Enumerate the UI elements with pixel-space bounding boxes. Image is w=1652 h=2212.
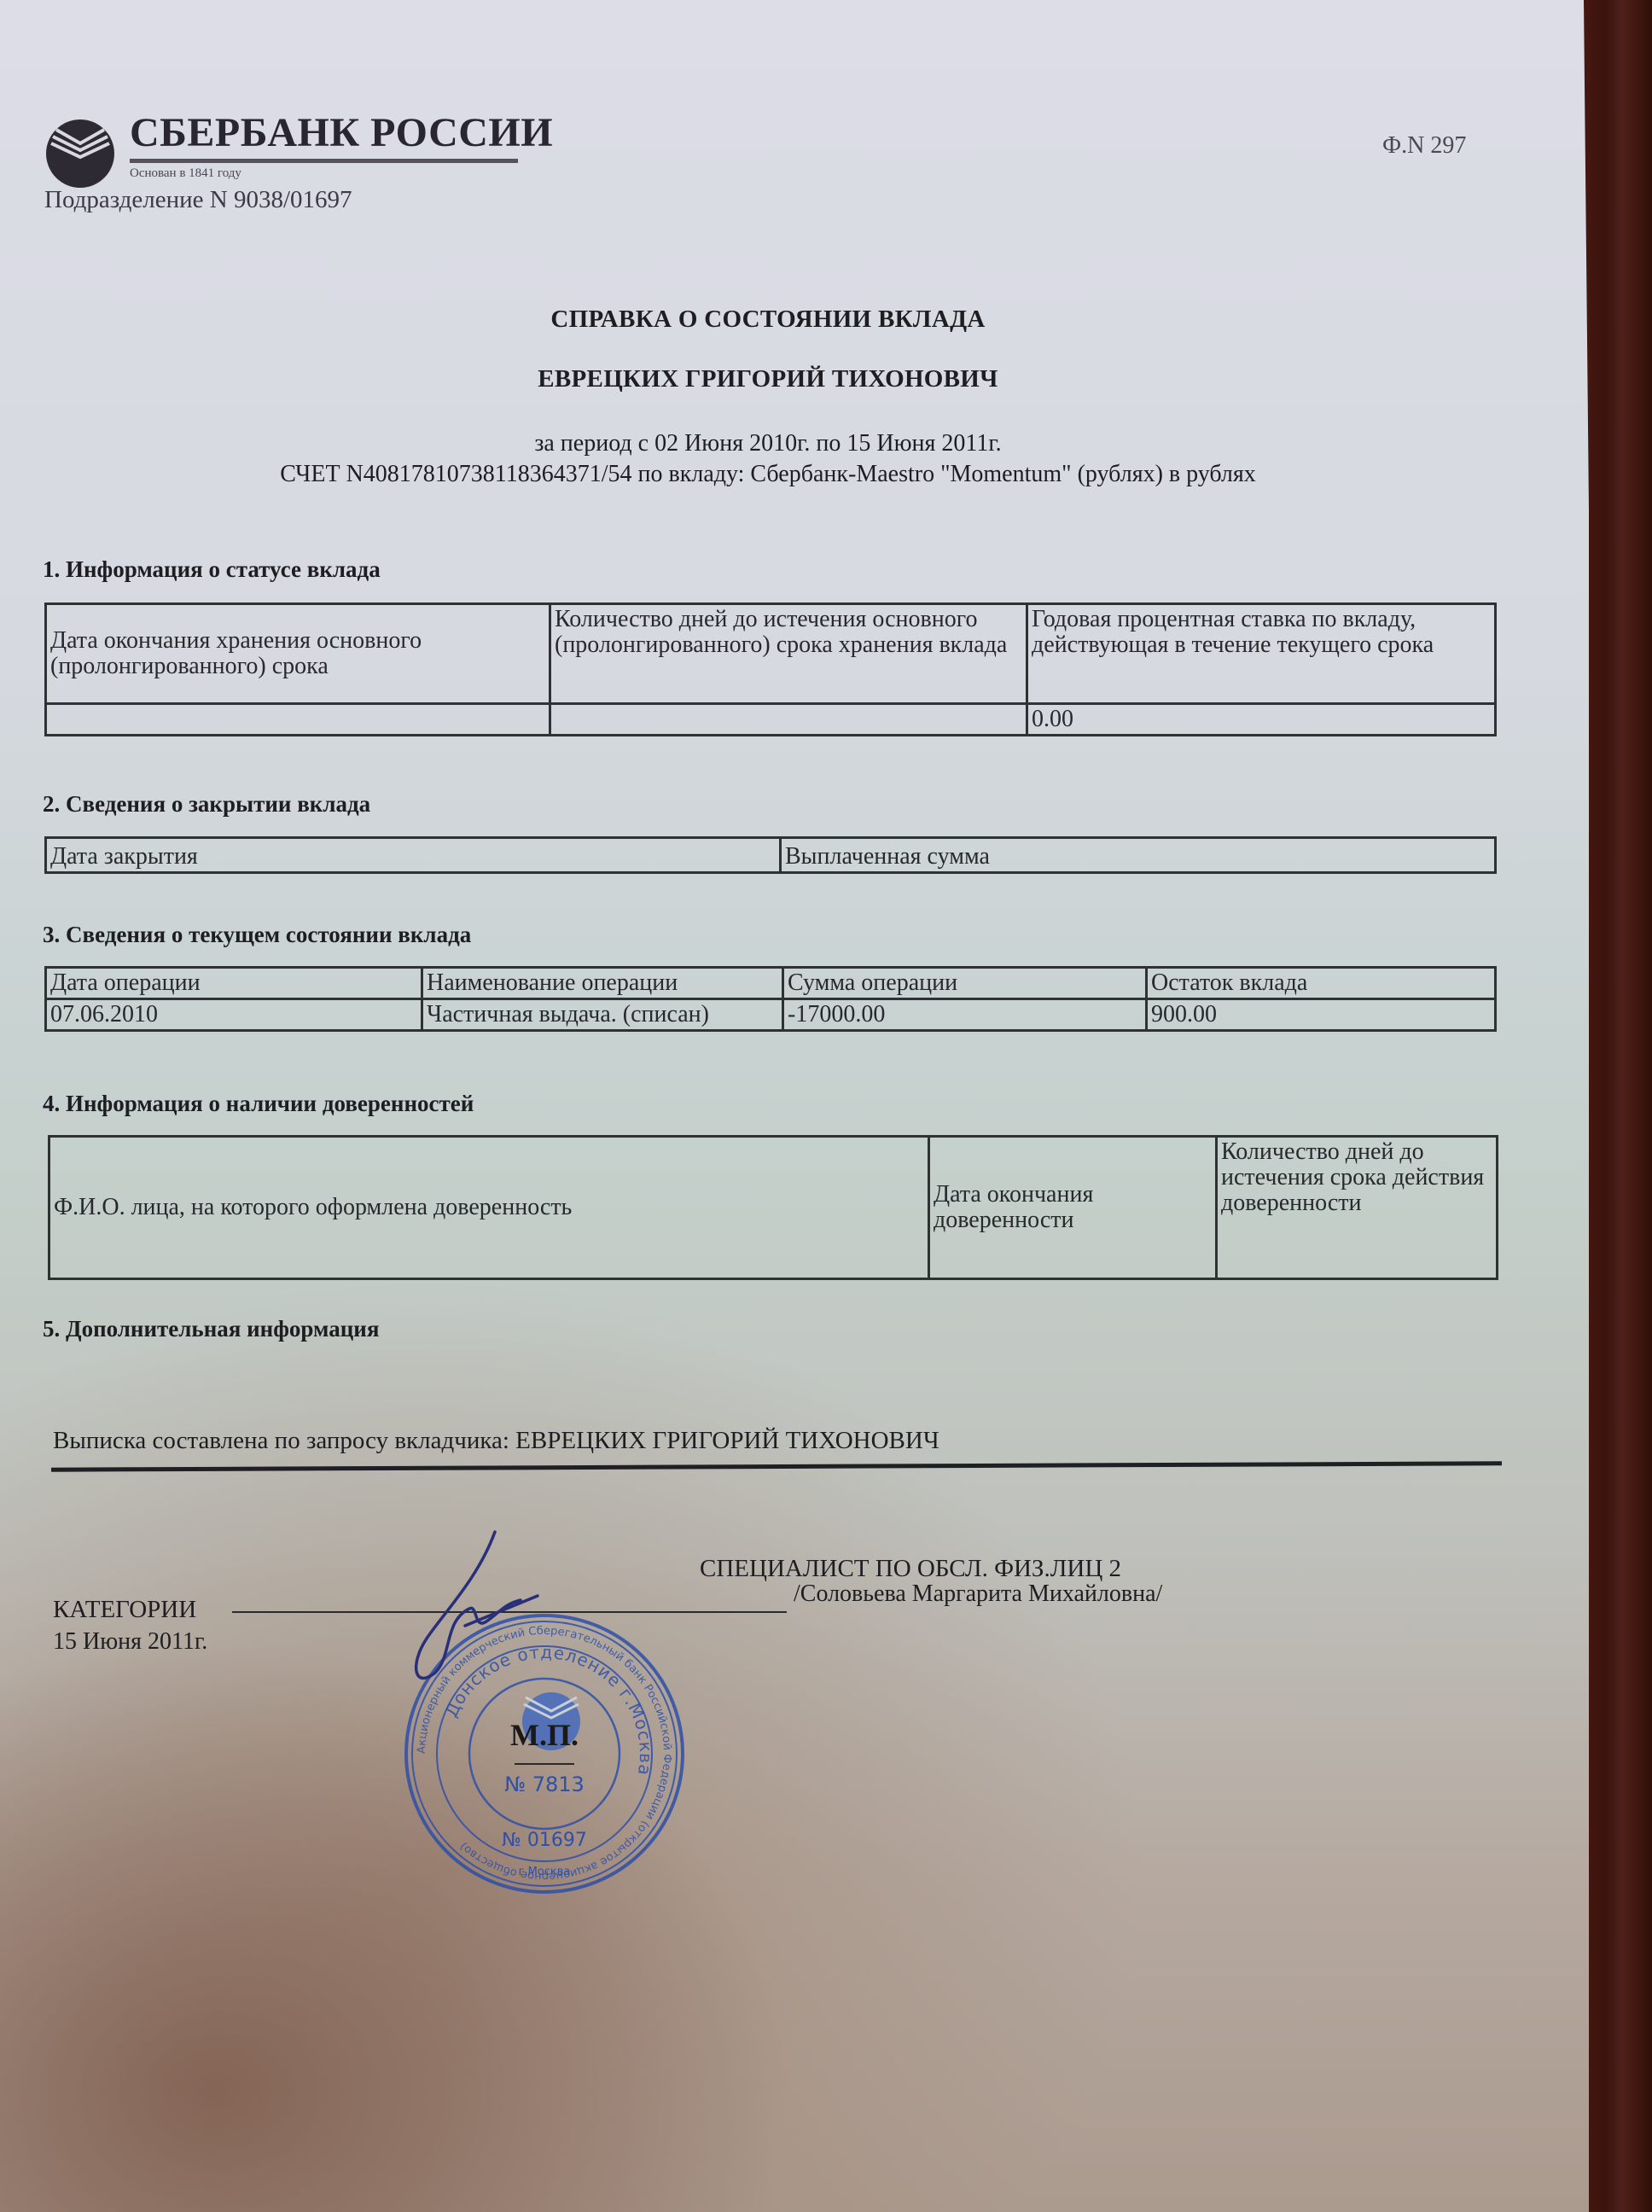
header-cell: Дата закрытия [46, 838, 781, 873]
section-heading-closure: 2. Сведения о закрытии вклада [43, 791, 370, 818]
header-cell: Сумма операции [783, 968, 1147, 999]
signer-category: КАТЕГОРИИ [53, 1596, 196, 1624]
account-holder: ЕВРЕЦКИХ ГРИГОРИЙ ТИХОНОВИЧ [0, 365, 1536, 393]
table-cell [46, 704, 550, 736]
header-cell: Дата окончания хранения основного (проло… [46, 604, 550, 704]
deposit-balance: 900.00 [1147, 999, 1496, 1031]
stamp-branch: № 01697 [502, 1830, 587, 1851]
document-title: СПРАВКА О СОСТОЯНИИ ВКЛАДА [0, 306, 1536, 334]
stamp-number: № 7813 [504, 1773, 585, 1796]
section-heading-current: 3. Сведения о текущем состоянии вклада [43, 922, 471, 948]
document-date: 15 Июня 2011г. [53, 1628, 207, 1656]
proxies-table: Ф.И.О. лица, на которого оформлена довер… [48, 1135, 1498, 1280]
header-cell: Остаток вклада [1147, 968, 1496, 999]
table-header-row: Дата операции Наименование операции Сумм… [46, 968, 1496, 999]
table-cell [550, 704, 1027, 736]
divider [51, 1461, 1502, 1471]
header-cell: Дата окончания доверенности [929, 1137, 1217, 1279]
header-cell: Количество дней до истечения срока дейст… [1217, 1137, 1498, 1279]
table-header-row: Дата окончания хранения основного (проло… [46, 604, 1496, 704]
header-cell: Ф.И.О. лица, на которого оформлена довер… [49, 1137, 929, 1279]
statement-period: за период с 02 Июня 2010г. по 15 Июня 20… [0, 430, 1536, 457]
logo-rule [130, 159, 518, 163]
stamp-city: г.Москва [519, 1866, 571, 1878]
signer-position: СПЕЦИАЛИСТ ПО ОБСЛ. ФИЗ.ЛИЦ 2 [700, 1555, 1121, 1583]
bank-tagline: Основан в 1841 году [130, 166, 553, 181]
status-table: Дата окончания хранения основного (проло… [44, 602, 1497, 736]
account-info: СЧЕТ N40817810738118364371/54 по вкладу:… [0, 461, 1536, 488]
table-row: 0.00 [46, 704, 1496, 736]
section-heading-proxies: 4. Информация о наличии доверенностей [43, 1091, 474, 1117]
table-header-row: Дата закрытия Выплаченная сумма [46, 838, 1496, 873]
table-row: 07.06.2010 Частичная выдача. (списан) -1… [46, 999, 1496, 1031]
table-header-row: Ф.И.О. лица, на которого оформлена довер… [49, 1137, 1498, 1279]
stamp-center-text: М.П. [510, 1718, 579, 1752]
header-cell: Годовая процентная ставка по вкладу, дей… [1027, 604, 1496, 704]
operations-table: Дата операции Наименование операции Сумм… [44, 966, 1497, 1032]
section-heading-additional: 5. Дополнительная информация [43, 1316, 379, 1342]
section-heading-status: 1. Информация о статусе вклада [43, 556, 381, 583]
header-cell: Наименование операции [422, 968, 783, 999]
header-cell: Выплаченная сумма [781, 838, 1496, 873]
form-number: Ф.N 297 [1382, 132, 1466, 160]
operation-date: 07.06.2010 [46, 999, 422, 1031]
operation-name: Частичная выдача. (списан) [422, 999, 783, 1031]
operation-amount: -17000.00 [783, 999, 1147, 1031]
extract-note: Выписка составлена по запросу вкладчика:… [53, 1427, 939, 1455]
table-cell: 0.00 [1027, 704, 1496, 736]
bank-name: СБЕРБАНК РОССИИ [130, 113, 553, 154]
bank-logo: СБЕРБАНК РОССИИ Основан в 1841 году [44, 113, 553, 189]
sberbank-logo-icon [44, 118, 116, 189]
header-cell: Дата операции [46, 968, 422, 999]
handwritten-signature [393, 1528, 546, 1698]
closure-table: Дата закрытия Выплаченная сумма [44, 836, 1497, 874]
division-number: Подразделение N 9038/01697 [44, 186, 352, 214]
signer-name: /Соловьева Маргарита Михайловна/ [794, 1580, 1162, 1608]
document-page: СБЕРБАНК РОССИИ Основан в 1841 году Подр… [0, 0, 1589, 2212]
header-cell: Количество дней до истечения основного (… [550, 604, 1027, 704]
